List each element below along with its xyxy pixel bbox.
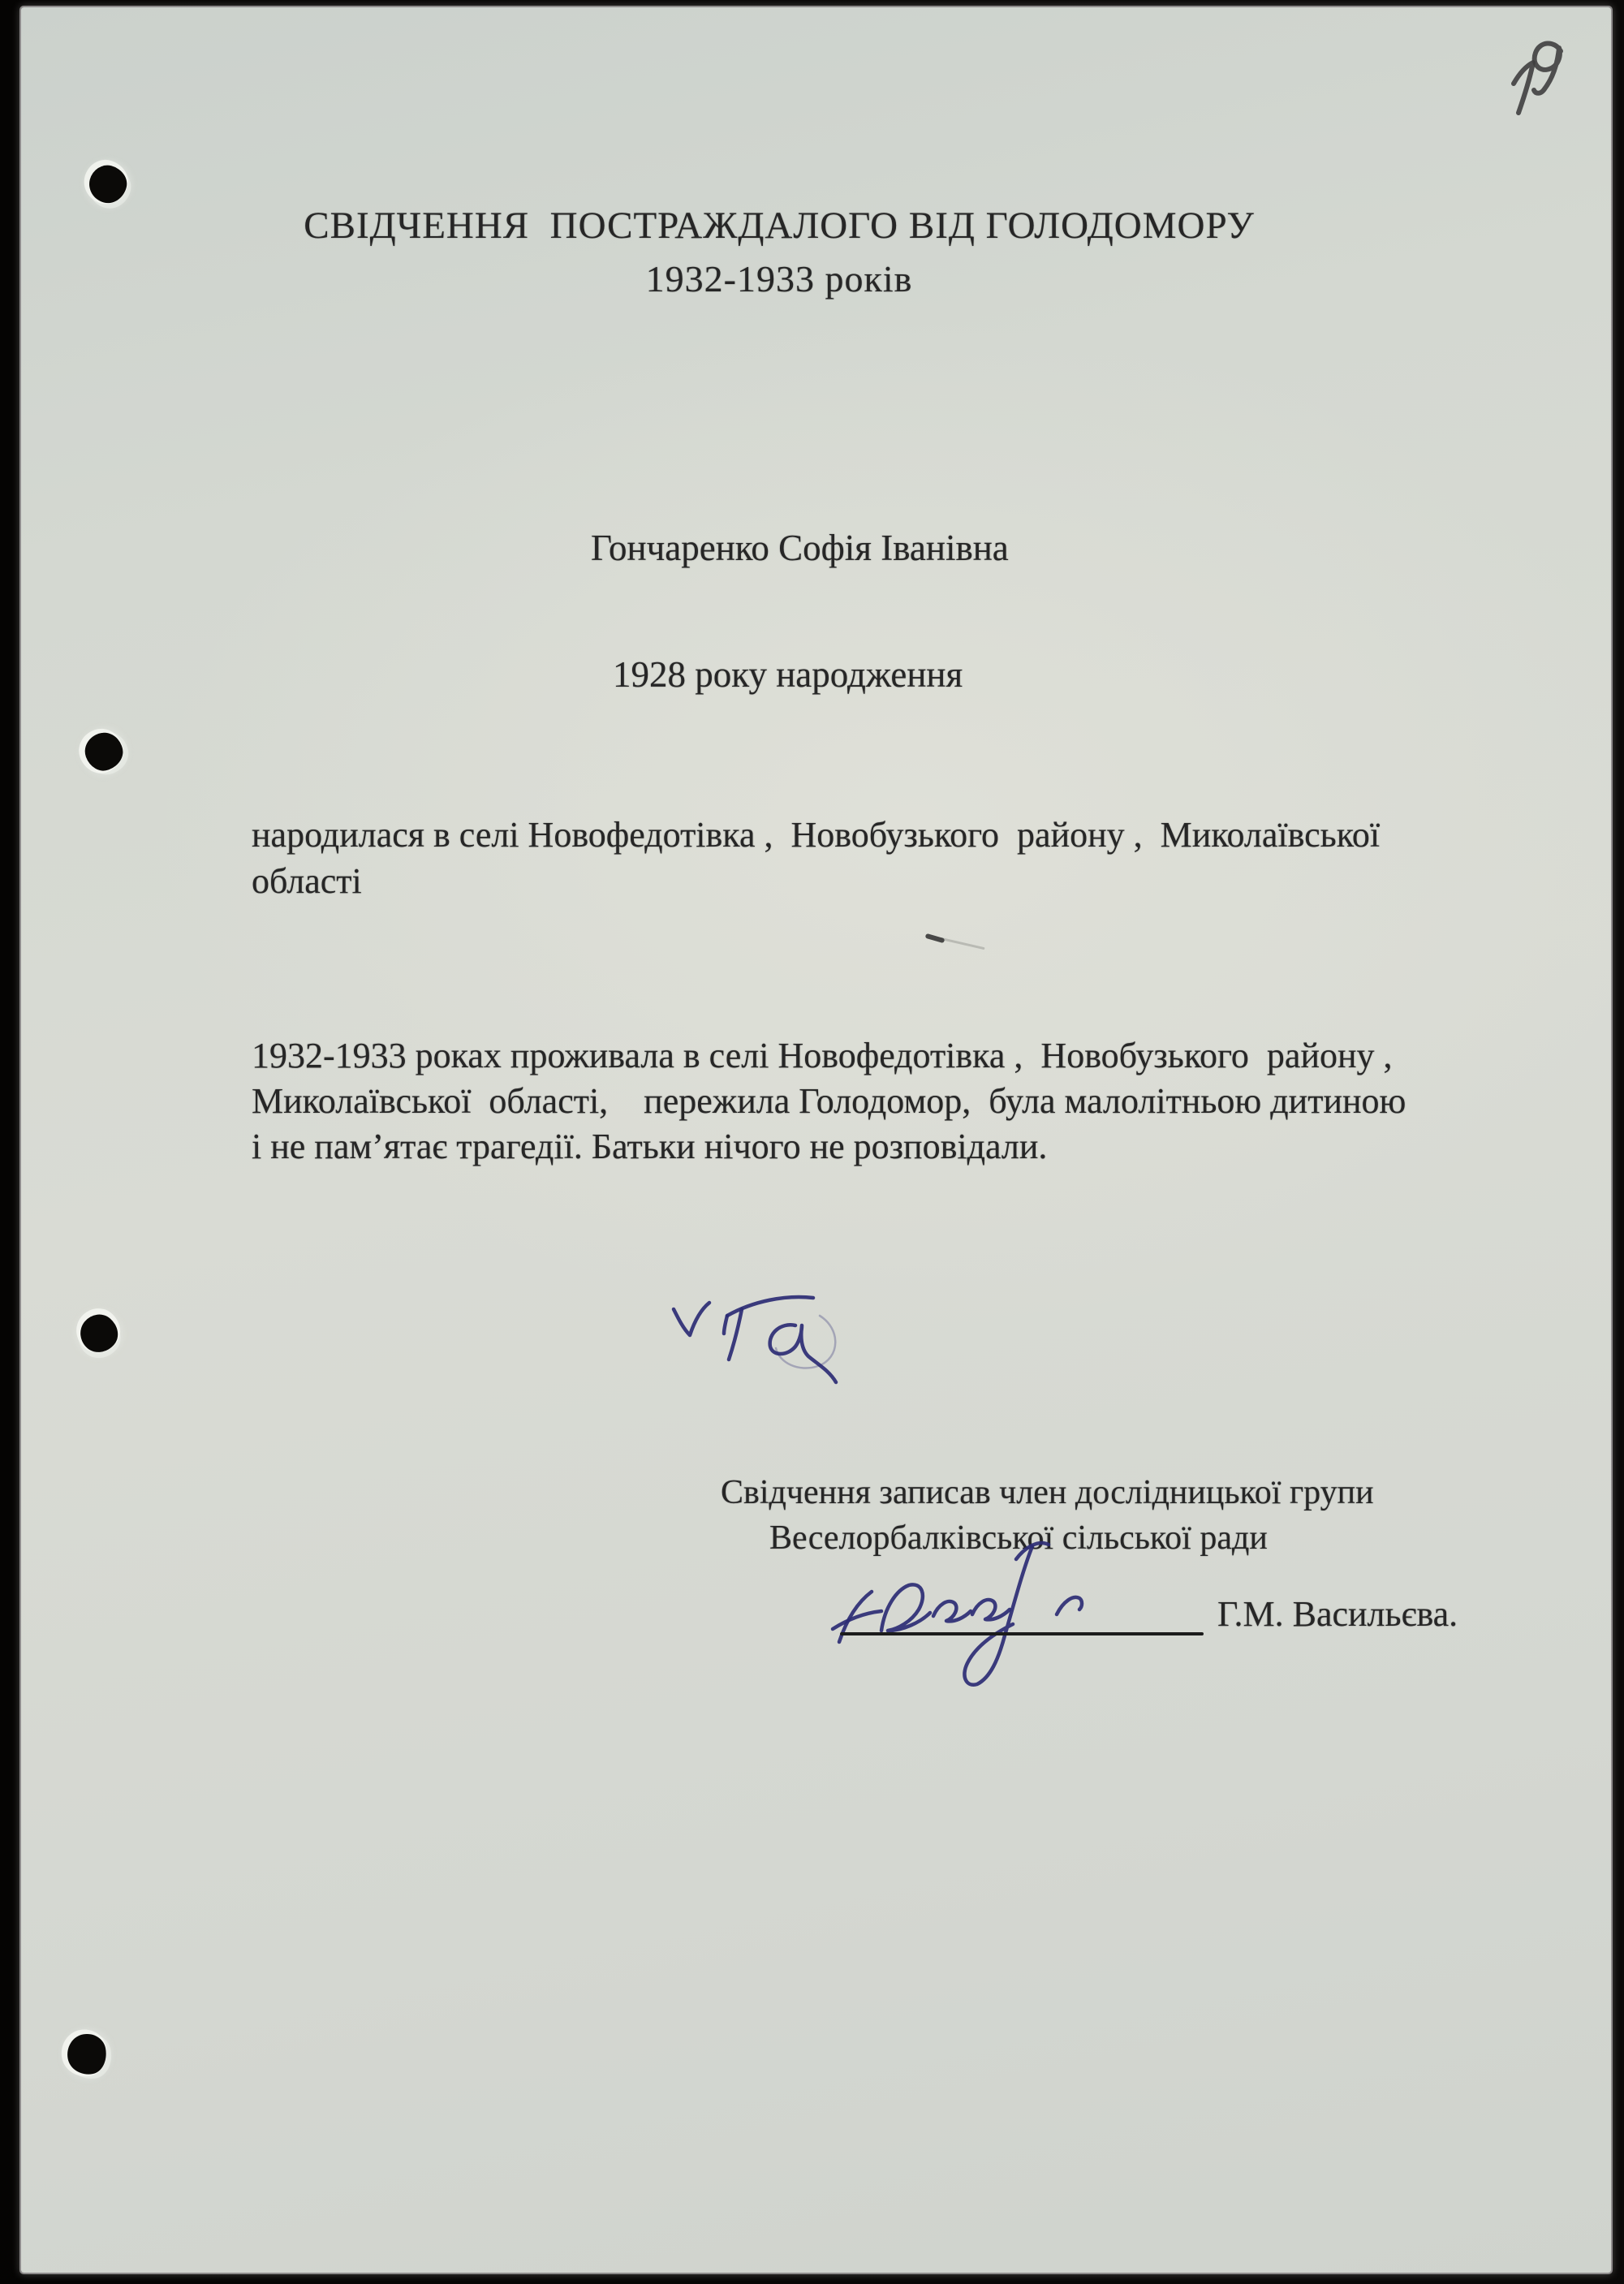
birthplace-line1: народилася в селі Новофедотівка , Новобу… (252, 814, 1380, 856)
hole-punch (80, 728, 128, 776)
page-number-ink (1494, 30, 1583, 127)
hole-punch (85, 162, 131, 207)
recorder-name: Г.М. Васильєва. (1217, 1593, 1458, 1635)
hole-punch (73, 1308, 126, 1360)
birth-year-line: 1928 року народження (613, 653, 963, 696)
document-page: СВІДЧЕННЯ ПОСТРАЖДАЛОГО ВІД ГОЛОДОМОРУ 1… (21, 7, 1611, 2273)
signature-underline (840, 1632, 1204, 1635)
birthplace-line2: області (252, 860, 362, 903)
signature-ink (803, 1538, 1226, 1700)
stray-pen-mark-tail (940, 937, 984, 950)
testimony-line2: Миколаївської області, пережила Голодомо… (252, 1080, 1406, 1123)
document-title-line2: 1932-1933 років (21, 257, 1537, 301)
check-mark-ink (657, 1273, 868, 1391)
witness-name: Гончаренко Софія Іванівна (591, 527, 1009, 570)
testimony-line1: 1932-1933 роках проживала в селі Новофед… (252, 1035, 1393, 1077)
hole-punch (64, 2031, 110, 2078)
testimony-line3: і не пам’ятає трагедії. Батьки нічого не… (252, 1126, 1047, 1168)
document-title-line1: СВІДЧЕННЯ ПОСТРАЖДАЛОГО ВІД ГОЛОДОМОРУ (21, 204, 1537, 248)
recorder-line1: Свідчення записав член дослідницької гру… (721, 1473, 1374, 1514)
